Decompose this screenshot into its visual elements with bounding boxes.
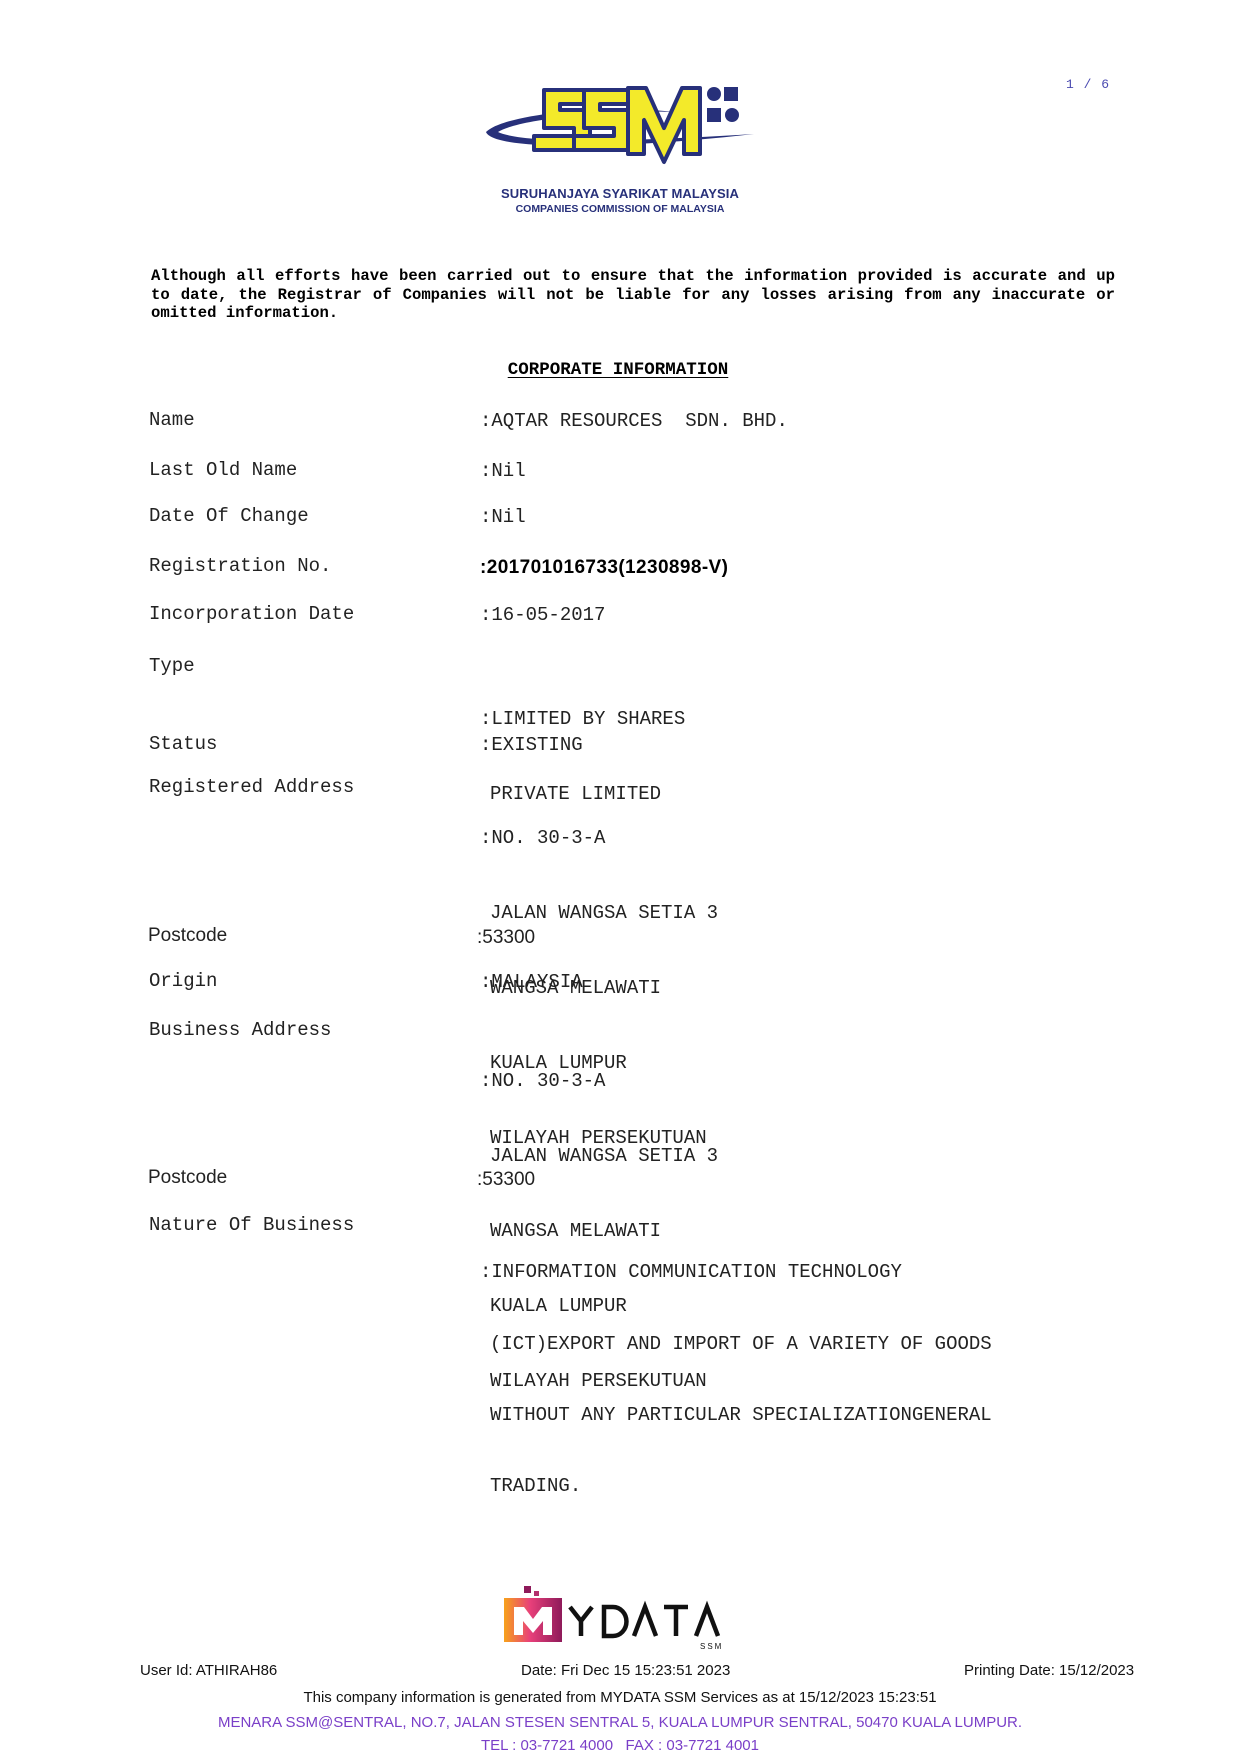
field-value: :EXISTING [480, 733, 583, 758]
user-id: User Id: ATHIRAH86 [140, 1662, 277, 1679]
field-value-line: :NO. 30-3-A [480, 1069, 718, 1094]
field-label: Last Old Name [149, 459, 297, 481]
mydata-logo-icon: SSM [504, 1585, 744, 1651]
printing-date: Printing Date: 15/12/2023 [964, 1662, 1134, 1679]
field-label: Date Of Change [149, 505, 309, 527]
report-date: Date: Fri Dec 15 15:23:51 2023 [521, 1662, 730, 1679]
field-value: :16-05-2017 [480, 603, 605, 628]
field-label: Type [149, 655, 195, 677]
field-label: Status [149, 733, 217, 755]
field-value-line: (ICT)EXPORT AND IMPORT OF A VARIETY OF G… [480, 1333, 992, 1357]
field-value: :INFORMATION COMMUNICATION TECHNOLOGY (I… [480, 1214, 992, 1546]
field-label: Name [149, 409, 195, 431]
field-label: Origin [149, 970, 217, 992]
disclaimer-text: Although all efforts have been carried o… [151, 267, 1115, 323]
field-label: Business Address [149, 1019, 331, 1041]
contact-numbers: TEL : 03-7721 4000 FAX : 03-7721 4001 [0, 1737, 1240, 1754]
field-label: Registration No. [149, 555, 331, 577]
mydata-subtext: SSM [700, 1642, 723, 1651]
field-label: Incorporation Date [149, 603, 354, 625]
field-value-line: JALAN WANGSA SETIA 3 [480, 1144, 718, 1169]
field-value-line: :INFORMATION COMMUNICATION TECHNOLOGY [480, 1261, 992, 1285]
field-value-line: WITHOUT ANY PARTICULAR SPECIALIZATIONGEN… [480, 1404, 992, 1428]
page-number: 1 / 6 [1066, 77, 1110, 92]
org-name-english: COMPANIES COMMISSION OF MALAYSIA [480, 203, 760, 215]
field-label: Postcode [148, 1167, 227, 1189]
field-value: :AQTAR RESOURCES SDN. BHD. [480, 409, 788, 434]
field-value-line: :NO. 30-3-A [480, 826, 718, 851]
field-value: :53300 [477, 1167, 535, 1192]
office-address: MENARA SSM@SENTRAL, NO.7, JALAN STESEN S… [0, 1714, 1240, 1731]
field-value-line: TRADING. [480, 1475, 992, 1499]
field-value-line: JALAN WANGSA SETIA 3 [480, 901, 718, 926]
field-value-line: :LIMITED BY SHARES [480, 707, 685, 732]
field-value: :Nil [480, 505, 526, 530]
field-value: :MALAYSIA [480, 970, 583, 995]
field-label: Registered Address [149, 776, 354, 798]
field-value: :Nil [480, 459, 526, 484]
section-title-text: CORPORATE INFORMATION [508, 360, 729, 380]
ssm-logo-icon [484, 82, 756, 178]
field-label: Postcode [148, 925, 227, 947]
field-value: :201701016733(1230898-V) [480, 555, 728, 580]
field-label: Nature Of Business [149, 1214, 354, 1236]
org-name-malay: SURUHANJAYA SYARIKAT MALAYSIA [480, 186, 760, 201]
field-value: :53300 [477, 925, 535, 950]
section-title: CORPORATE INFORMATION [0, 360, 1240, 380]
generated-note: This company information is generated fr… [0, 1689, 1240, 1706]
